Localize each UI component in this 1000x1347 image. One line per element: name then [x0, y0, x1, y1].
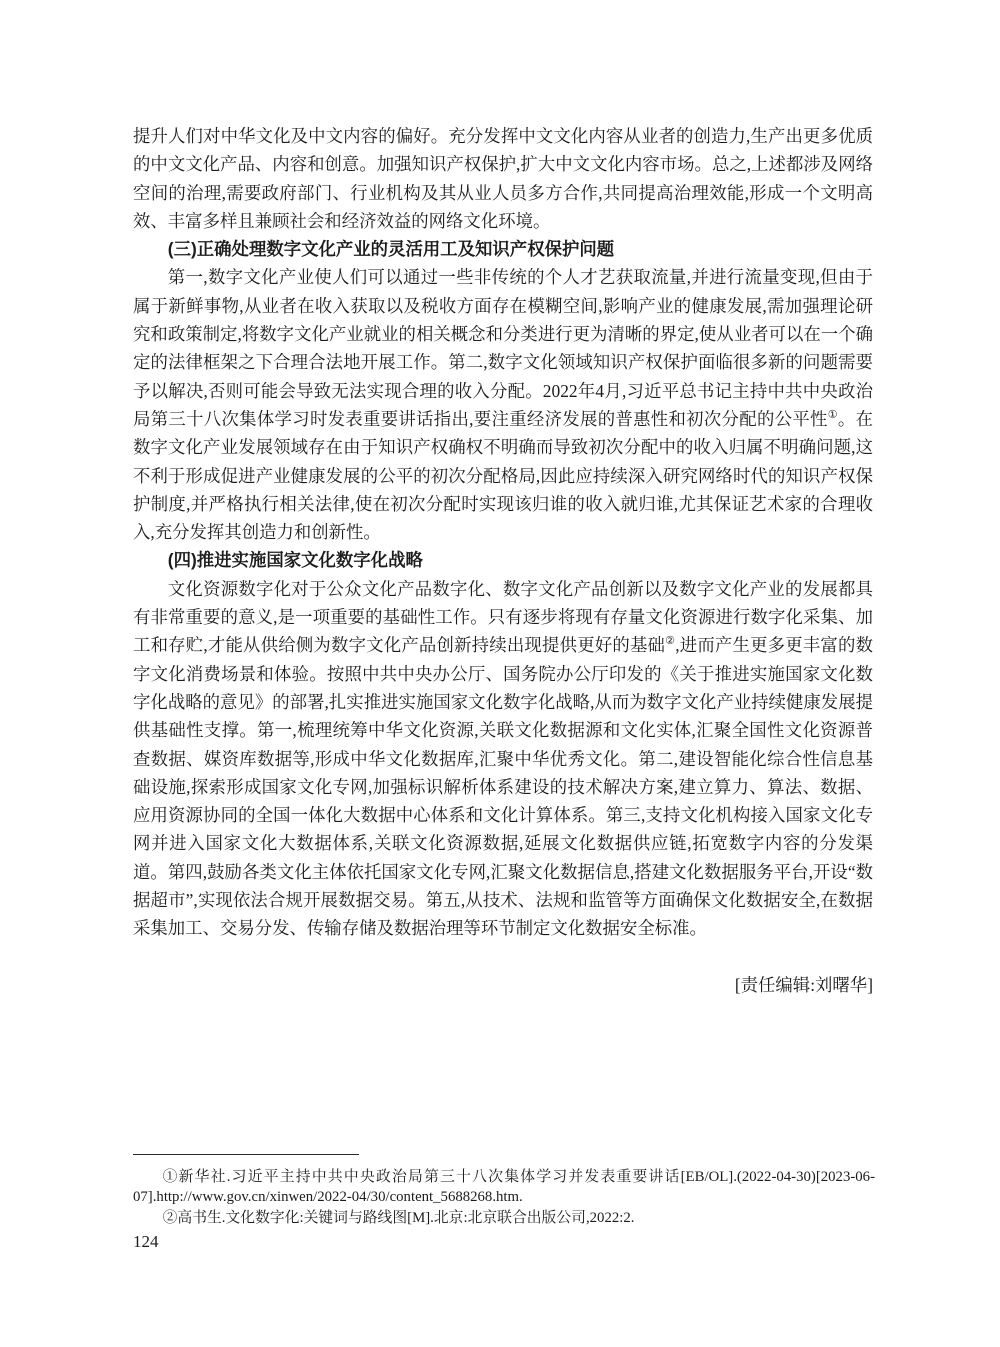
- footnotes-section: ①新华社.习近平主持中共中央政治局第三十八次集体学习并发表重要讲话[EB/OL]…: [133, 1154, 875, 1228]
- section3-paragraph: 第一,数字文化产业使人们可以通过一些非传统的个人才艺获取流量,并进行流量变现,但…: [133, 263, 873, 546]
- section4-paragraph-text-2: ,进而产生更多更丰富的数字文化消费场景和体验。按照中共中央办公厅、国务院办公厅印…: [133, 635, 873, 938]
- article-body: 提升人们对中华文化及中文内容的偏好。充分发挥中文文化内容从业者的创造力,生产出更…: [133, 122, 873, 999]
- editor-credit: [责任编辑:刘曙华]: [133, 971, 873, 999]
- footnote-marker-2: ②: [665, 636, 675, 648]
- section3-paragraph-text-1: 第一,数字文化产业使人们可以通过一些非传统的个人才艺获取流量,并进行流量变现,但…: [133, 267, 873, 428]
- paragraph-continuation: 提升人们对中华文化及中文内容的偏好。充分发挥中文文化内容从业者的创造力,生产出更…: [133, 122, 873, 235]
- page-number: 124: [133, 1232, 159, 1252]
- footnote-marker-1: ①: [828, 409, 838, 421]
- section-heading-4: (四)推进实施国家文化数字化战略: [133, 546, 873, 574]
- footnote-2: ②高书生.文化数字化:关键词与路线图[M].北京:北京联合出版公司,2022:2…: [133, 1208, 875, 1228]
- section4-paragraph: 文化资源数字化对于公众文化产品数字化、数字文化产品创新以及数字文化产业的发展都具…: [133, 575, 873, 943]
- document-page: 提升人们对中华文化及中文内容的偏好。充分发挥中文文化内容从业者的创造力,生产出更…: [0, 0, 1000, 1347]
- section-heading-3: (三)正确处理数字文化产业的灵活用工及知识产权保护问题: [133, 235, 873, 263]
- footnote-separator: [133, 1154, 359, 1155]
- footnote-1: ①新华社.习近平主持中共中央政治局第三十八次集体学习并发表重要讲话[EB/OL]…: [133, 1167, 875, 1208]
